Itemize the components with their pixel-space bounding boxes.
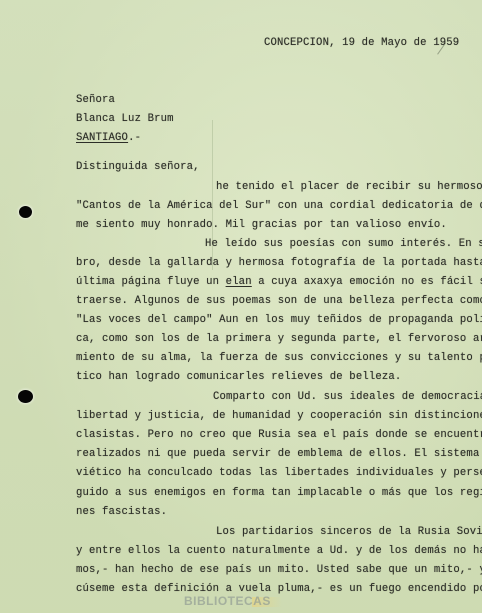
body-line: cúseme esta definición a vuela pluma,- e… xyxy=(76,583,482,595)
body-line: guido a sus enemigos en forma tan implac… xyxy=(76,487,482,499)
body-line: bro, desde la gallarda y hermosa fotogra… xyxy=(76,257,482,269)
body-line: he tenido el placer de recibir su hermos… xyxy=(216,181,482,193)
body-line: viético ha conculcado todas las libertad… xyxy=(76,467,482,479)
recipient-city: SANTIAGO xyxy=(76,132,128,144)
place-date: CONCEPCION, 19 de Mayo de 1959 xyxy=(264,37,459,49)
body-line: y entre ellos la cuento naturalmente a U… xyxy=(76,545,482,557)
underlined-word: elan xyxy=(226,276,252,288)
body-line: He leído sus poesías con sumo interés. E… xyxy=(205,238,482,250)
body-line: traerse. Algunos de sus poemas son de un… xyxy=(76,295,482,307)
recipient-name: Blanca Luz Brum xyxy=(76,113,174,125)
recipient-city-line: SANTIAGO.- xyxy=(76,132,141,144)
body-line: "Cantos de la América del Sur" con una c… xyxy=(76,200,482,212)
body-line: miento de su alma, la fuerza de sus conv… xyxy=(76,352,482,364)
watermark-bibliotecas: BIBLIOTECAS xyxy=(184,594,271,608)
body-line: ca, como son los de la primera y segunda… xyxy=(76,333,482,345)
body-line: "Las voces del campo" Aun en los muy teñ… xyxy=(76,314,482,326)
body-line: Comparto con Ud. sus ideales de democrac… xyxy=(213,391,482,403)
greeting: Distinguida señora, xyxy=(76,161,200,173)
body-line: Los partidarios sinceros de la Rusia Sov… xyxy=(216,526,482,538)
body-line: tico han logrado comunicarles relieves d… xyxy=(76,371,401,383)
body-line: libertad y justicia, de humanidad y coop… xyxy=(76,410,482,422)
recipient-city-suffix: .- xyxy=(128,132,141,144)
body-text: última página fluye un xyxy=(76,276,226,288)
letter-page: CONCEPCION, 19 de Mayo de 1959 Señora Bl… xyxy=(0,0,482,613)
body-line: clasistas. Pero no creo que Rusia sea el… xyxy=(76,429,482,441)
recipient-title: Señora xyxy=(76,94,115,106)
body-line: nes fascistas. xyxy=(76,506,167,518)
body-line: última página fluye un elan a cuya axaxy… xyxy=(76,276,482,288)
punch-hole-top xyxy=(19,206,32,218)
body-text: a cuya axaxya emoción no es fácil sus- xyxy=(252,276,482,288)
body-line: me siento muy honrado. Mil gracias por t… xyxy=(76,219,447,231)
body-line: mos,- han hecho de ese país un mito. Ust… xyxy=(76,564,482,576)
punch-hole-bottom xyxy=(18,390,33,403)
body-line: realizados ni que pueda servir de emblem… xyxy=(76,448,482,460)
